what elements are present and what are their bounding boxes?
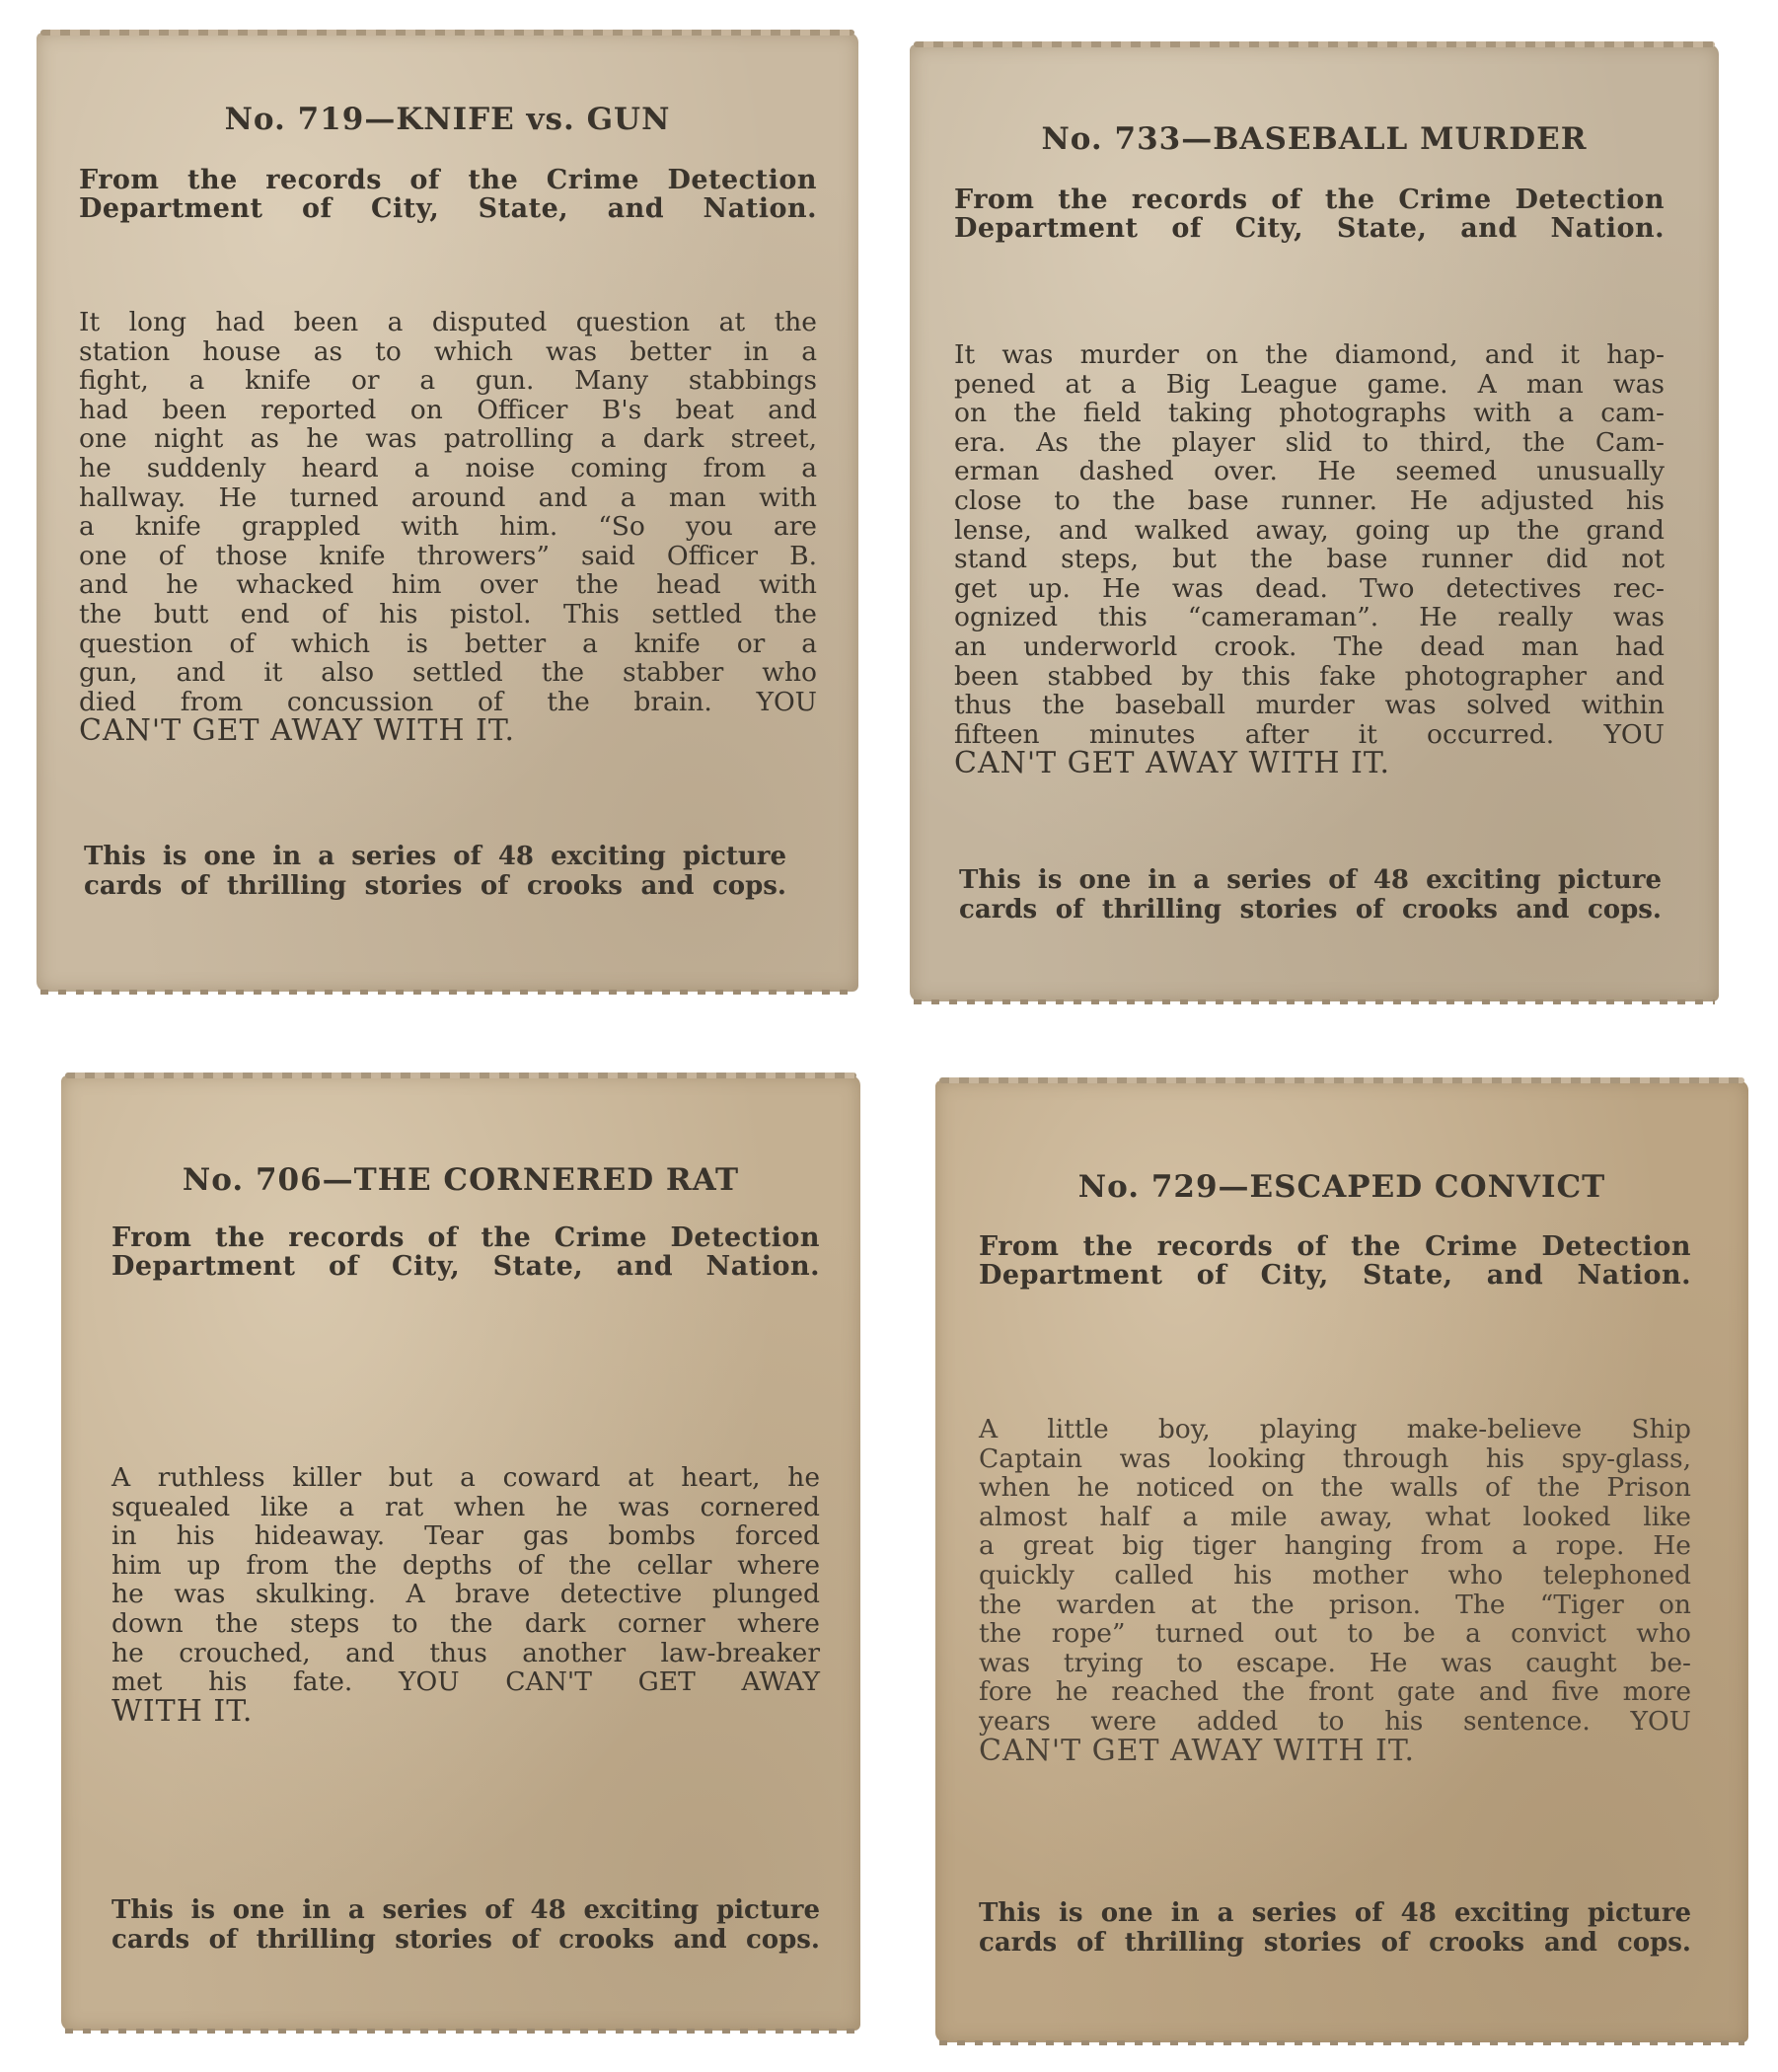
story-line: fight, a knife or a gun. Many stabbings (79, 366, 817, 396)
intro-line: From the records of the Crime Detection (111, 1223, 820, 1252)
story-line: thus the baseball murder was solved with… (954, 691, 1665, 720)
trading-card-733: No. 733—BASEBALL MURDER From the records… (910, 44, 1719, 1001)
trading-card-706: No. 706—THE CORNERED RAT From the record… (61, 1075, 860, 2031)
story-line: squealed like a rat when he was cornered (111, 1493, 820, 1522)
footer-line: This is one in a series of 48 exciting p… (979, 1898, 1691, 1928)
card-intro: From the records of the Crime Detection … (79, 166, 817, 223)
footer-line: cards of thrilling stories of crooks and… (111, 1925, 820, 1955)
story-line: years were added to his sentence. YOU (979, 1707, 1691, 1737)
footer-line: This is one in a series of 48 exciting p… (959, 865, 1662, 895)
story-line: fifteen minutes after it occurred. YOU (954, 720, 1665, 750)
story-line: was trying to escape. He was caught be- (979, 1649, 1691, 1678)
trading-card-729: No. 729—ESCAPED CONVICT From the records… (935, 1080, 1748, 2042)
story-line: almost half a mile away, what looked lik… (979, 1503, 1691, 1532)
story-line: been stabbed by this fake photographer a… (954, 662, 1665, 692)
trading-card-719: No. 719—KNIFE vs. GUN From the records o… (37, 33, 858, 992)
card-story: It long had been a disputed question at … (79, 308, 817, 746)
story-line: close to the base runner. He adjusted hi… (954, 486, 1665, 516)
story-line: ognized this “cameraman”. He really was (954, 603, 1665, 632)
story-line: lense, and walked away, going up the gra… (954, 516, 1665, 546)
story-line: erman dashed over. He seemed unusually (954, 457, 1665, 486)
story-line: stand steps, but the base runner did not (954, 545, 1665, 574)
story-line: he crouched, and thus another law-breake… (111, 1639, 820, 1668)
card-intro: From the records of the Crime Detection … (979, 1232, 1691, 1290)
story-line: gun, and it also settled the stabber who (79, 658, 817, 688)
story-line: Captain was looking through his spy-glas… (979, 1444, 1691, 1474)
story-line: in his hideaway. Tear gas bombs forced (111, 1521, 820, 1551)
card-story: It was murder on the diamond, and it hap… (954, 340, 1665, 778)
intro-line: Department of City, State, and Nation. (111, 1252, 820, 1281)
card-title: No. 733—BASEBALL MURDER (910, 121, 1719, 157)
story-line: met his fate. YOU CAN'T GET AWAY (111, 1667, 820, 1697)
story-line: A ruthless killer but a coward at heart,… (111, 1463, 820, 1493)
intro-line: Department of City, State, and Nation. (954, 214, 1665, 243)
story-line: the rope” turned out to be a convict who (979, 1619, 1691, 1649)
intro-line: From the records of the Crime Detection (979, 1232, 1691, 1261)
story-tagline: CAN'T GET AWAY WITH IT. (979, 1737, 1691, 1766)
story-line: get up. He was dead. Two detectives rec- (954, 574, 1665, 604)
story-line: a great big tiger hanging from a rope. H… (979, 1531, 1691, 1561)
card-footer: This is one in a series of 48 exciting p… (84, 842, 786, 901)
card-footer: This is one in a series of 48 exciting p… (111, 1895, 820, 1955)
footer-line: cards of thrilling stories of crooks and… (979, 1928, 1691, 1958)
story-line: question of which is better a knife or a (79, 629, 817, 659)
story-line: the warden at the prison. The “Tiger on (979, 1591, 1691, 1620)
footer-line: This is one in a series of 48 exciting p… (111, 1895, 820, 1925)
card-footer: This is one in a series of 48 exciting p… (979, 1898, 1691, 1958)
card-footer: This is one in a series of 48 exciting p… (959, 865, 1662, 925)
story-line: one night as he was patrolling a dark st… (79, 424, 817, 454)
story-line: an underworld crook. The dead man had (954, 632, 1665, 662)
card-intro: From the records of the Crime Detection … (954, 185, 1665, 243)
story-tagline: CAN'T GET AWAY WITH IT. (954, 749, 1665, 778)
story-line: quickly called his mother who telephoned (979, 1561, 1691, 1591)
story-line: A little boy, playing make-believe Ship (979, 1415, 1691, 1444)
story-line: It long had been a disputed question at … (79, 308, 817, 337)
story-tagline: CAN'T GET AWAY WITH IT. (79, 716, 817, 746)
card-title: No. 729—ESCAPED CONVICT (935, 1169, 1748, 1205)
footer-line: cards of thrilling stories of crooks and… (84, 871, 786, 901)
card-story: A ruthless killer but a coward at heart,… (111, 1463, 820, 1726)
intro-line: From the records of the Crime Detection (954, 185, 1665, 214)
card-intro: From the records of the Crime Detection … (111, 1223, 820, 1281)
intro-line: Department of City, State, and Nation. (979, 1261, 1691, 1290)
story-line: down the steps to the dark corner where (111, 1609, 820, 1639)
story-line: on the field taking photographs with a c… (954, 399, 1665, 428)
story-line: pened at a Big League game. A man was (954, 370, 1665, 400)
footer-line: This is one in a series of 48 exciting p… (84, 842, 786, 871)
story-line: died from concussion of the brain. YOU (79, 688, 817, 717)
story-line: era. As the player slid to third, the Ca… (954, 428, 1665, 458)
story-line: when he noticed on the walls of the Pris… (979, 1473, 1691, 1503)
intro-line: From the records of the Crime Detection (79, 166, 817, 194)
story-line: a knife grappled with him. “So you are (79, 512, 817, 542)
story-line: It was murder on the diamond, and it hap… (954, 340, 1665, 370)
card-title: No. 706—THE CORNERED RAT (61, 1162, 860, 1198)
story-line: him up from the depths of the cellar whe… (111, 1551, 820, 1581)
footer-line: cards of thrilling stories of crooks and… (959, 895, 1662, 925)
story-line: station house as to which was better in … (79, 337, 817, 367)
story-line: fore he reached the front gate and five … (979, 1677, 1691, 1707)
story-line: the butt end of his pistol. This settled… (79, 600, 817, 629)
story-line: he was skulking. A brave detective plung… (111, 1580, 820, 1609)
story-tagline: WITH IT. (111, 1697, 820, 1727)
story-line: one of those knife throwers” said Office… (79, 542, 817, 571)
story-line: and he whacked him over the head with (79, 570, 817, 600)
card-title: No. 719—KNIFE vs. GUN (37, 102, 858, 137)
story-line: he suddenly heard a noise coming from a (79, 454, 817, 483)
story-line: had been reported on Officer B's beat an… (79, 396, 817, 425)
intro-line: Department of City, State, and Nation. (79, 194, 817, 223)
story-line: hallway. He turned around and a man with (79, 483, 817, 513)
card-story: A little boy, playing make-believe ShipC… (979, 1415, 1691, 1765)
